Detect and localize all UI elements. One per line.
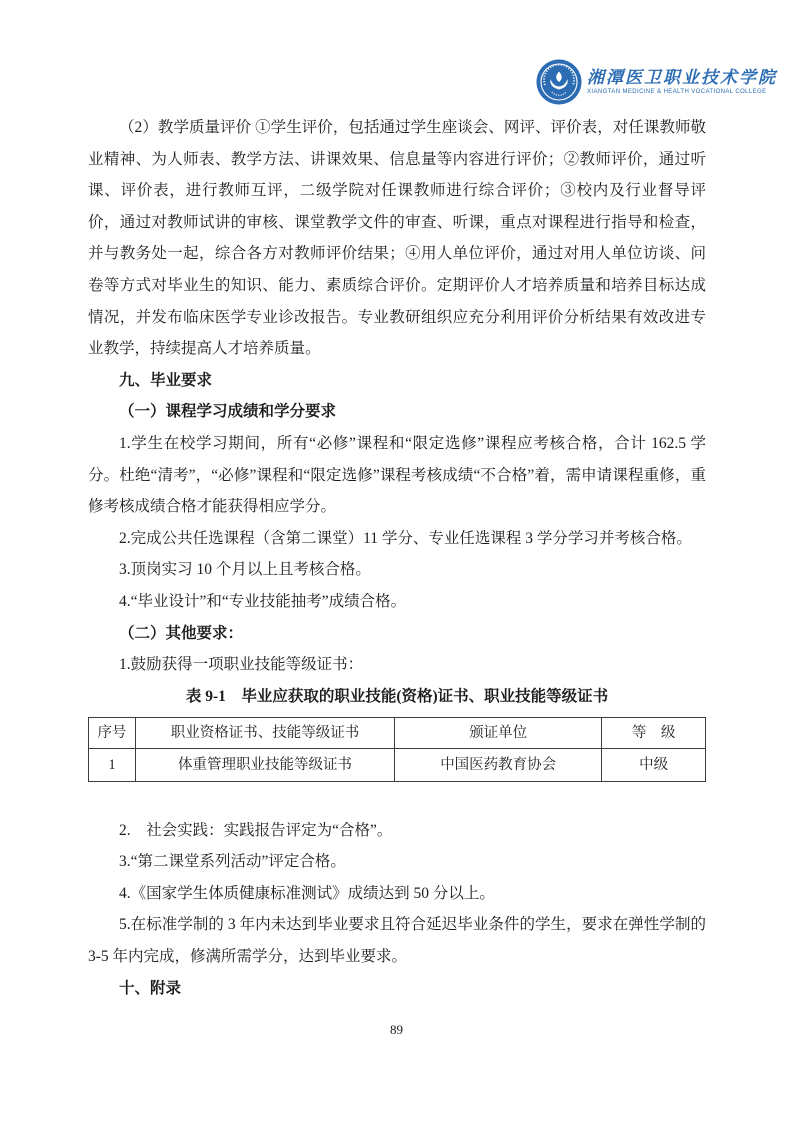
college-name-cn: 湘潭医卫职业技术学院	[587, 68, 777, 88]
heading-course-credit-requirements: （一）课程学习成绩和学分要求	[88, 396, 706, 428]
document-body: （2）教学质量评价 ①学生评价，包括通过学生座谈会、网评、评价表，对任课教师敬业…	[88, 112, 706, 1004]
heading-section-ten: 十、附录	[88, 973, 706, 1005]
table-header-issuer: 颁证单位	[395, 717, 602, 748]
table-header-level: 等 级	[602, 717, 706, 748]
item-graduation-design: 4.“毕业设计”和“专业技能抽考”成绩合格。	[88, 586, 706, 618]
table-header-certificate: 职业资格证书、技能等级证书	[135, 717, 394, 748]
item-fitness-test: 4.《国家学生体质健康标准测试》成绩达到 50 分以上。	[88, 878, 706, 910]
heading-other-requirements: （二）其他要求：	[88, 618, 706, 650]
page-number: 89	[0, 1022, 793, 1038]
item-social-practice: 2. 社会实践：实践报告评定为“合格”。	[88, 815, 706, 847]
table-header-seq: 序号	[89, 717, 136, 748]
item-elective-credits: 2.完成公共任选课程（含第二课堂）11 学分、专业任选课程 3 学分学习并考核合…	[88, 523, 706, 555]
college-logo-text: 湘潭医卫职业技术学院 XIANGTAN MEDICINE & HEALTH VO…	[587, 68, 777, 96]
heading-section-nine: 九、毕业要求	[88, 365, 706, 397]
item-skill-certificate: 1.鼓励获得一项职业技能等级证书：	[88, 649, 706, 681]
item-internship: 3.顶岗实习 10 个月以上且考核合格。	[88, 554, 706, 586]
item-second-classroom: 3.“第二课堂系列活动”评定合格。	[88, 846, 706, 878]
college-logo: 湘潭医卫职业技术学院 XIANGTAN MEDICINE & HEALTH VO…	[536, 59, 777, 105]
table-row: 1 体重管理职业技能等级证书 中国医药教育协会 中级	[89, 748, 706, 781]
paragraph-teaching-quality-evaluation: （2）教学质量评价 ①学生评价，包括通过学生座谈会、网评、评价表，对任课教师敬业…	[88, 112, 706, 365]
cell-seq: 1	[89, 748, 136, 781]
item-flexible-schooling: 5.在标准学制的 3 年内未达到毕业要求且符合延迟毕业条件的学生，要求在弹性学制…	[88, 909, 706, 972]
cell-issuer: 中国医药教育协会	[395, 748, 602, 781]
cell-certificate: 体重管理职业技能等级证书	[135, 748, 394, 781]
cell-level: 中级	[602, 748, 706, 781]
item-course-credits: 1.学生在校学习期间，所有“必修”课程和“限定选修”课程应考核合格，合计 162…	[88, 428, 706, 523]
certificates-table: 序号 职业资格证书、技能等级证书 颁证单位 等 级 1 体重管理职业技能等级证书…	[88, 717, 706, 782]
table-header-row: 序号 职业资格证书、技能等级证书 颁证单位 等 级	[89, 717, 706, 748]
table-caption: 表 9-1 毕业应获取的职业技能(资格)证书、职业技能等级证书	[88, 682, 706, 712]
document-page: 湘潭医卫职业技术学院 XIANGTAN MEDICINE & HEALTH VO…	[0, 0, 793, 1122]
college-seal-icon	[536, 59, 582, 105]
college-name-en: XIANGTAN MEDICINE & HEALTH VOCATIONAL CO…	[587, 88, 777, 96]
